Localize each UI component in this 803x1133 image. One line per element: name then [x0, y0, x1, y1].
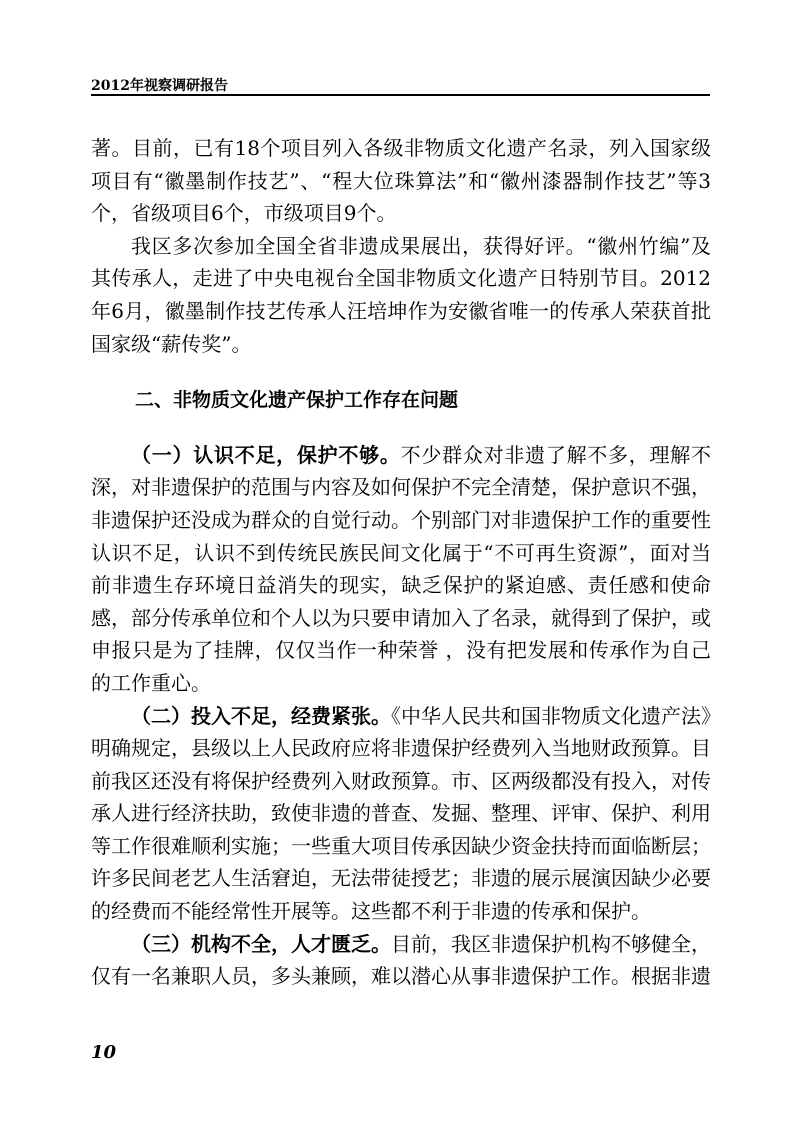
paragraph-exhibitions: 我区多次参加全国全省非遗成果展出，获得好评。“徽州竹编”及其传承人，走进了中央电… [91, 230, 711, 360]
subsection-3: （三）机构不全，人才匮乏。目前，我区非遗保护机构不够健全，仅有一名兼职人员，多头… [91, 928, 711, 993]
subsection-2: （二）投入不足，经费紧张。《中华人民共和国非物质文化遗产法》明确规定，县级以上人… [91, 700, 711, 928]
subsection-2-lead: （二）投入不足，经费紧张。 [131, 704, 391, 728]
header-rule [91, 94, 710, 96]
subsection-1: （一）认识不足，保护不够。不少群众对非遗了解不多，理解不深，对非遗保护的范围与内… [91, 439, 711, 700]
subsection-3-lead: （三）机构不全，人才匮乏。 [131, 932, 391, 956]
running-header: 2012年视察调研报告 [91, 75, 228, 95]
page-body: 著。目前，已有18个项目列入各级非物质文化遗产名录，列入国家级项目有“徽墨制作技… [91, 132, 711, 993]
subsection-1-lead: （一）认识不足，保护不够。 [131, 443, 401, 467]
subsection-1-text: 不少群众对非遗了解不多，理解不深，对非遗保护的范围与内容及如何保护不完全清楚，保… [91, 443, 711, 695]
page-number: 10 [91, 1042, 116, 1063]
subsection-2-text: 《中华人民共和国非物质文化遗产法》明确规定，县级以上人民政府应将非遗保护经费列入… [91, 704, 711, 924]
paragraph-continued: 著。目前，已有18个项目列入各级非物质文化遗产名录，列入国家级项目有“徽墨制作技… [91, 132, 711, 230]
section-heading: 二、非物质文化遗产保护工作存在问题 [91, 384, 711, 417]
